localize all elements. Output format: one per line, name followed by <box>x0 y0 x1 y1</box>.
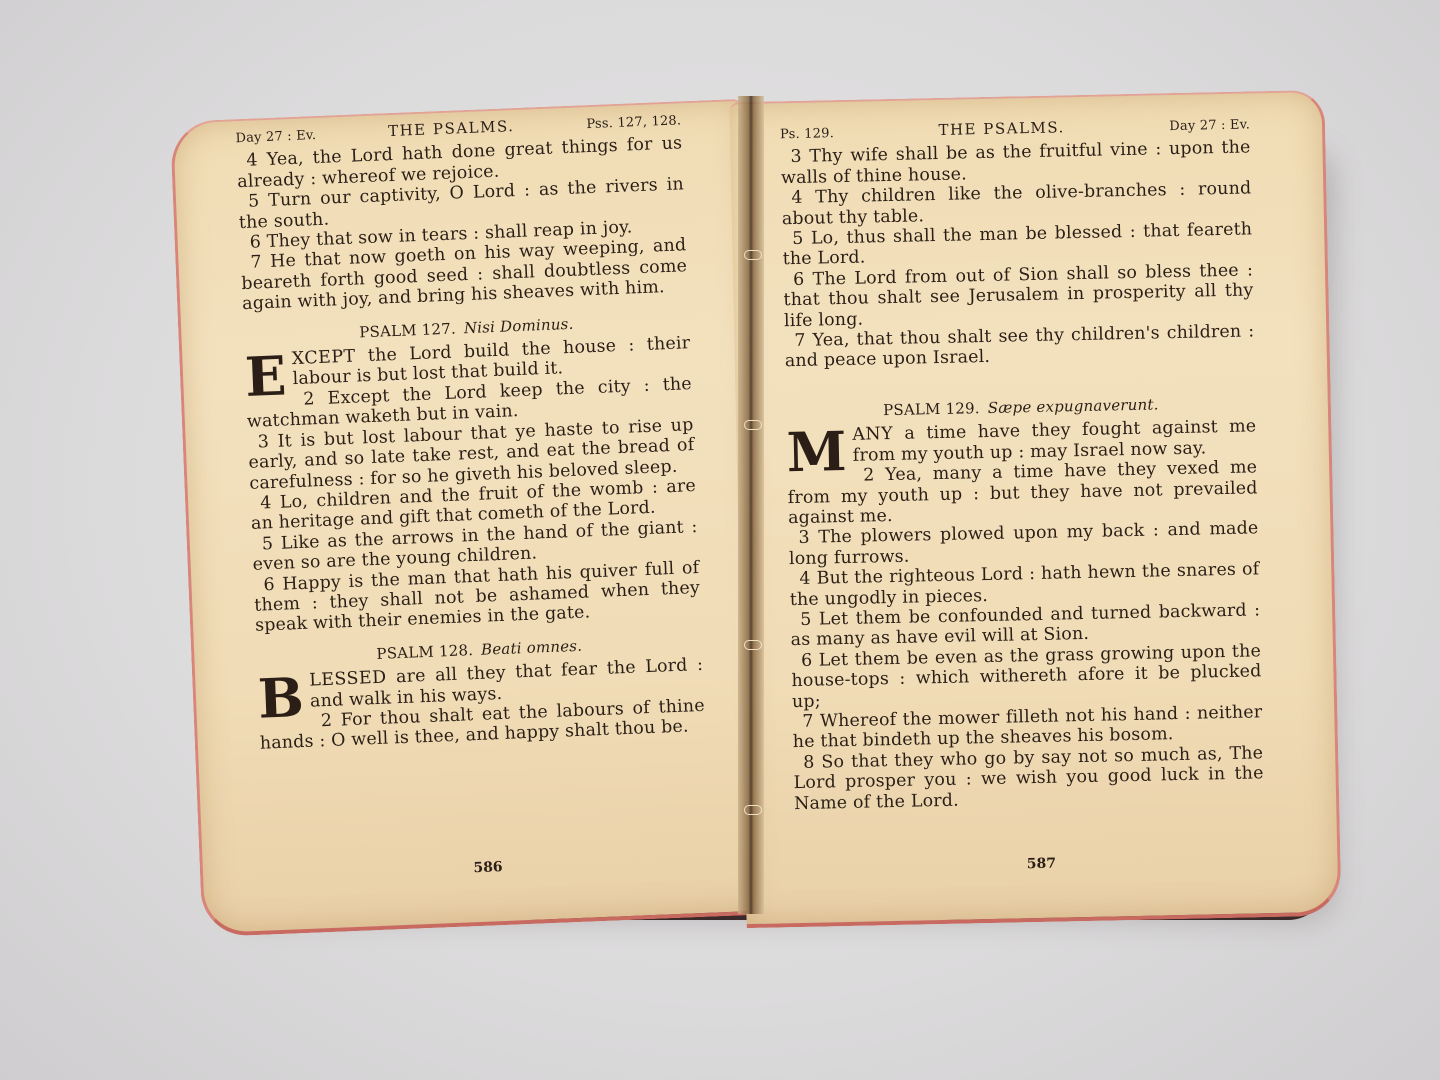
verse: 2 Yea, many a time have they vexed me fr… <box>787 457 1258 528</box>
verse: 7 Yea, that thou shalt see thy children'… <box>784 321 1255 372</box>
right-page: Ps. 129. THE PSALMS. Day 27 : Ev. 3 Thy … <box>729 90 1341 928</box>
binding-stitch <box>744 805 762 815</box>
day-label: Day 27 : Ev. <box>1169 115 1250 137</box>
verse: 6 Let them be even as the grass growing … <box>791 641 1262 712</box>
verse: 8 So that they who go by say not so much… <box>793 743 1264 814</box>
binding-stitch <box>744 420 762 430</box>
running-title: THE PSALMS. <box>938 117 1065 140</box>
page-number: 587 <box>745 850 1337 878</box>
dropcap: M <box>786 429 847 474</box>
day-label: Day 27 : Ev. <box>235 126 316 150</box>
psalm-range: Ps. 129. <box>780 124 834 146</box>
left-page: Day 27 : Ev. THE PSALMS. Pss. 127, 128. … <box>170 99 775 937</box>
dropcap: E <box>244 353 287 399</box>
verse: 6 The Lord from out of Sion shall so ble… <box>783 260 1254 331</box>
right-page-text: Ps. 129. THE PSALMS. Day 27 : Ev. 3 Thy … <box>780 113 1264 814</box>
dropcap: B <box>257 675 305 721</box>
left-page-text: Day 27 : Ev. THE PSALMS. Pss. 127, 128. … <box>235 109 706 754</box>
running-title: THE PSALMS. <box>388 116 515 141</box>
binding-stitch <box>744 250 762 260</box>
page-number: 586 <box>203 848 773 887</box>
book-spine-gutter <box>738 96 764 914</box>
psalm-range: Pss. 127, 128. <box>586 111 682 135</box>
binding-stitch <box>744 640 762 650</box>
